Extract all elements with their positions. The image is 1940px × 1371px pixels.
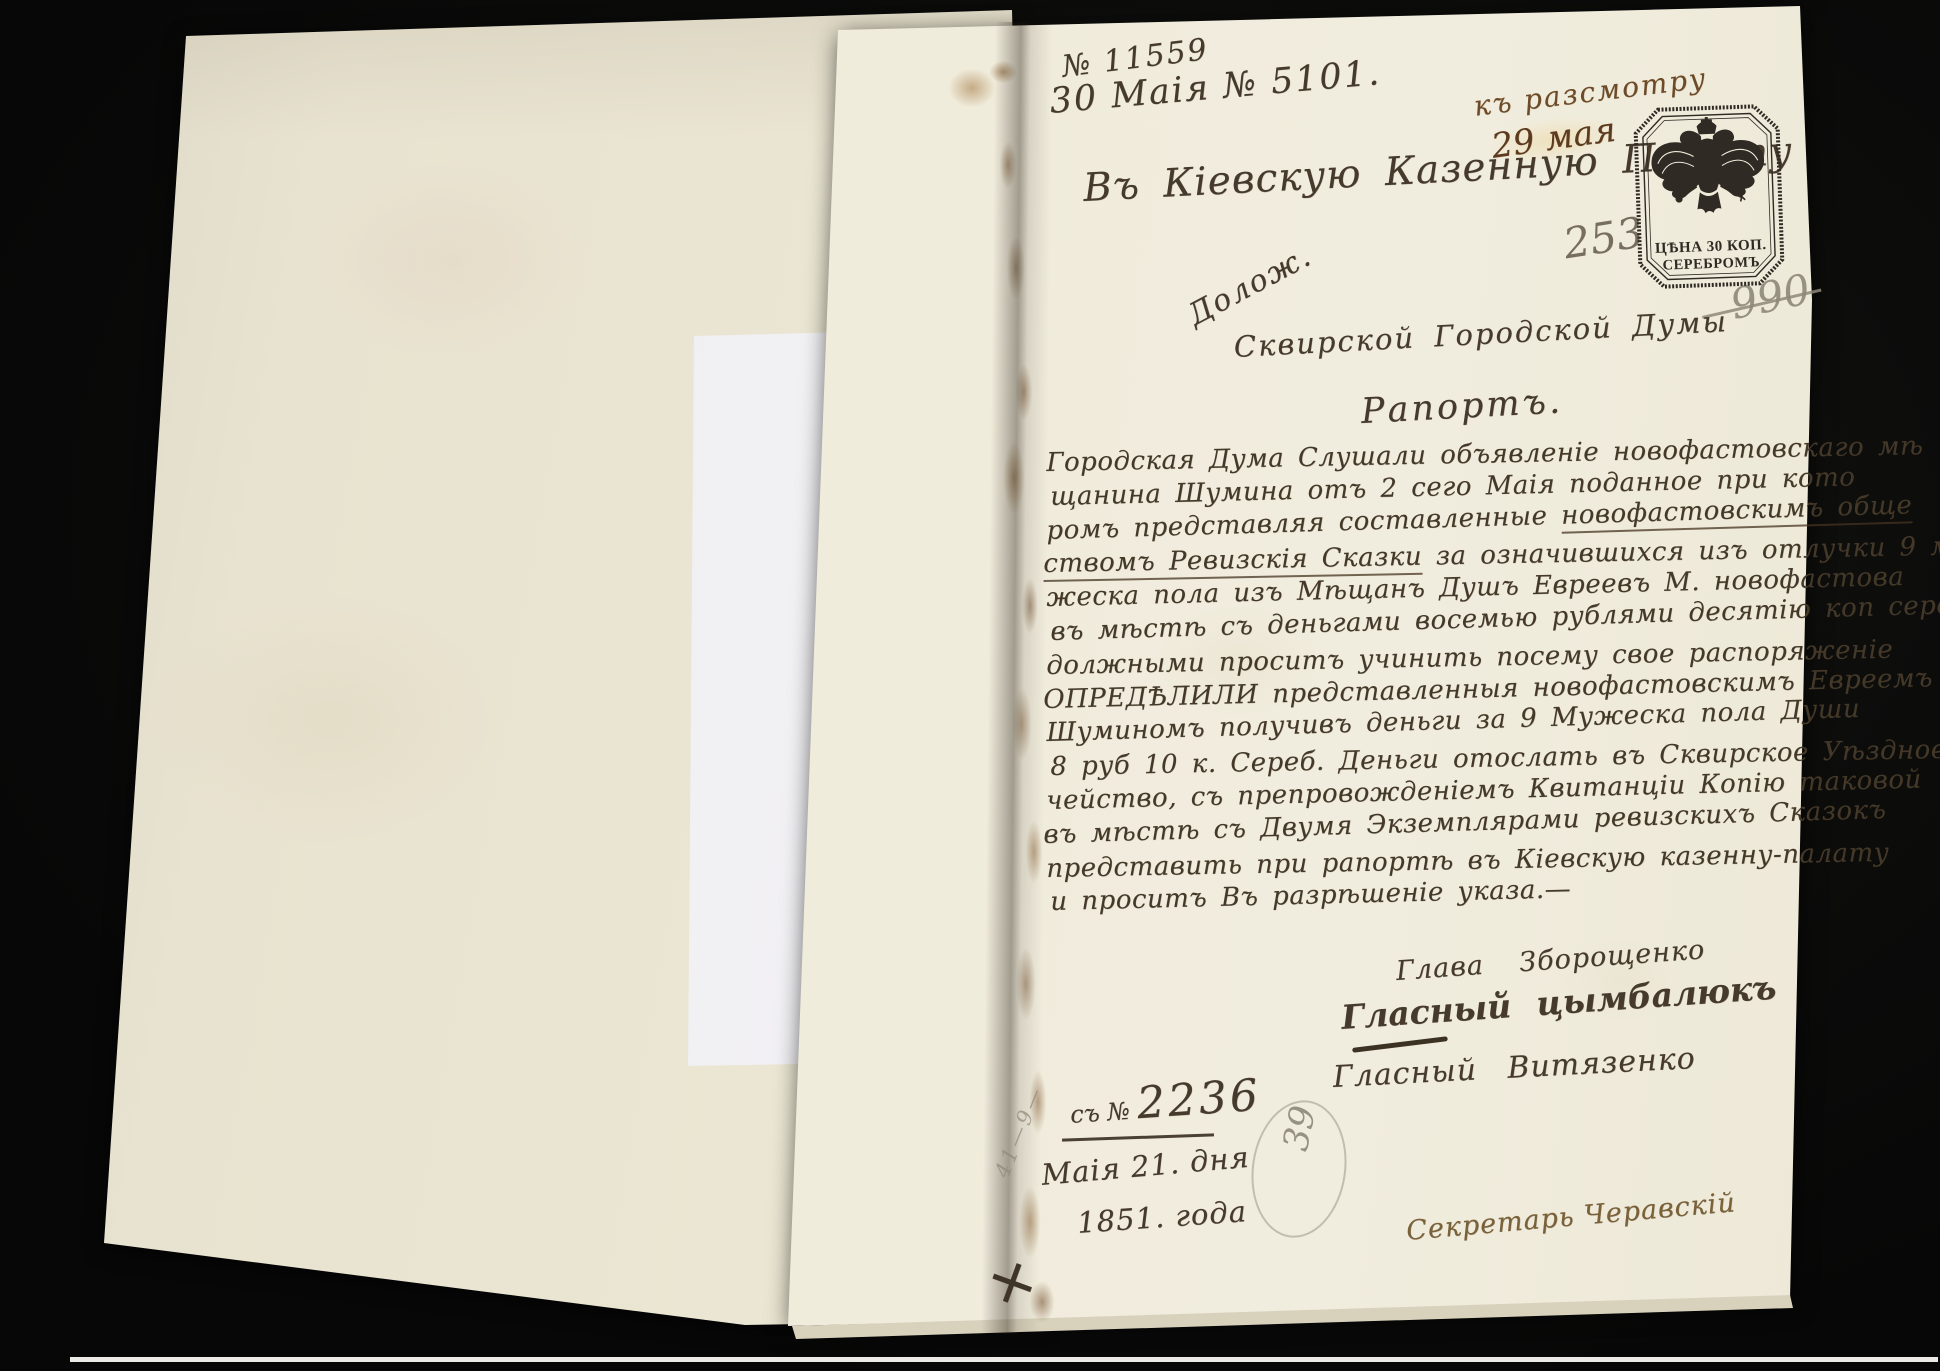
outgoing-number-prefix: съ №	[1069, 1097, 1131, 1129]
outgoing-number-value: 2236	[1135, 1070, 1262, 1130]
stamp-price-line2: СЕРЕБРОМЪ	[1662, 254, 1760, 273]
revenue-stamp: ЦѢНА 30 КОП. СЕРЕБРОМЪ	[1631, 101, 1787, 291]
archival-photo: № 11559 30 Маія № 5101. къ разсмотру 29 …	[0, 0, 1940, 1371]
report-body: Городская Дума Слушали объявленіе новофа…	[1046, 448, 1880, 968]
table-edge-line	[70, 1357, 1938, 1362]
double-headed-eagle-icon	[1650, 115, 1766, 215]
